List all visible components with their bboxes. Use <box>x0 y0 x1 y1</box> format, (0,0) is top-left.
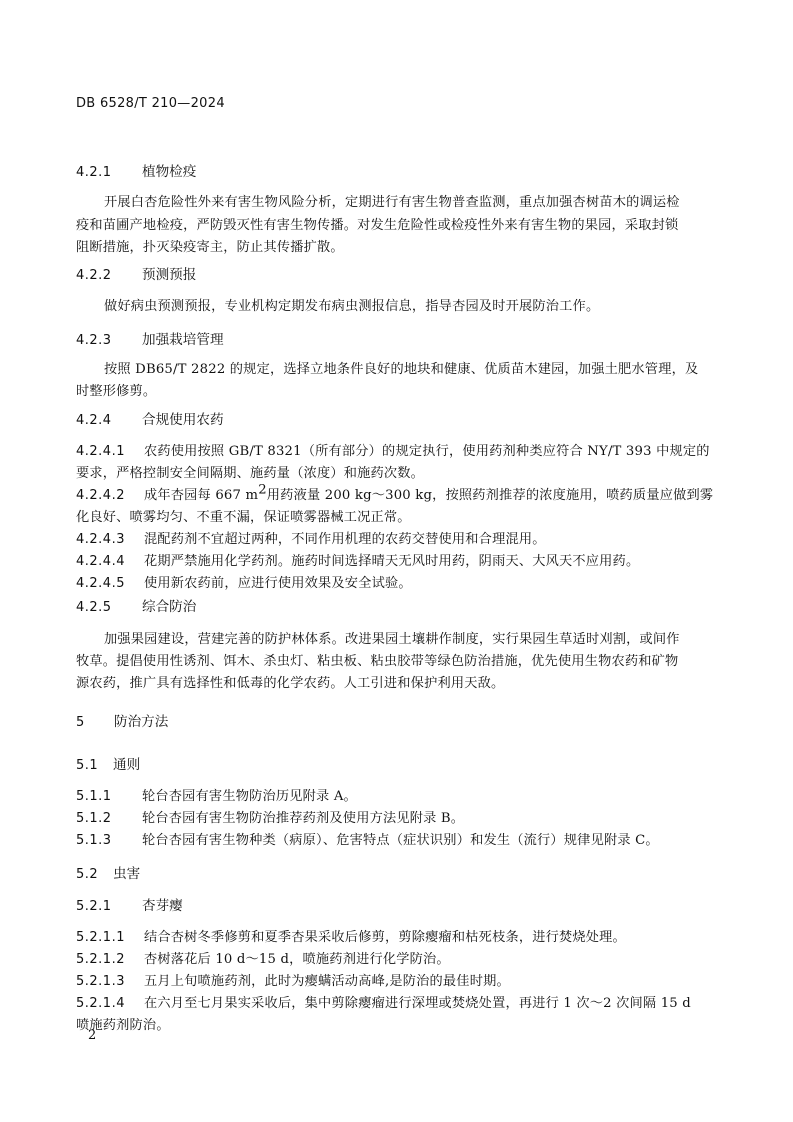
paragraph-line: 时整形修剪。 <box>76 382 716 402</box>
paragraph-line: 化良好、喷雾均匀、不重不漏，保证喷雾器械工况正常。 <box>76 508 716 528</box>
clause-4-2-4-2: 4.2.4.2成年杏园每 667 m2用药液量 200 kg～300 kg，按照… <box>76 486 716 506</box>
clause-5-2-1-3: 5.2.1.3五月上旬喷施药剂，此时为瘿螨活动高峰,是防治的最佳时期。 <box>76 972 716 992</box>
heading-5: 5防治方法 <box>76 712 716 733</box>
paragraph-line: 牧草。提倡使用性诱剂、饵木、杀虫灯、粘虫板、粘虫胶带等绿色防治措施，优先使用生物… <box>76 652 716 672</box>
paragraph-line: 开展白杏危险性外来有害生物风险分析，定期进行有害生物普查监测，重点加强杏树苗木的… <box>104 193 744 213</box>
clause-4-2-4-4: 4.2.4.4花期严禁施用化学药剂。施药时间选择晴天无风时用药，阴雨天、大风天不… <box>76 552 716 572</box>
heading-5-2-1: 5.2.1杏芽瘿 <box>76 896 716 917</box>
clause-5-2-1-2: 5.2.1.2杏树落花后 10 d～15 d，喷施药剂进行化学防治。 <box>76 950 716 970</box>
clause-4-2-4-5: 4.2.4.5使用新农药前，应进行使用效果及安全试验。 <box>76 574 716 594</box>
paragraph-line: 阻断措施，扑灭染疫寄主，防止其传播扩散。 <box>76 238 716 258</box>
document-code-header: DB 6528/T 210—2024 <box>76 94 716 114</box>
clause-5-2-1-1: 5.2.1.1结合杏树冬季修剪和夏季杏果采收后修剪，剪除瘿瘤和枯死枝条，进行焚烧… <box>76 928 716 948</box>
heading-4-2-5: 4.2.5综合防治 <box>76 597 716 618</box>
clause-5-1-1: 5.1.1轮台杏园有害生物防治历见附录 A。 <box>76 787 716 807</box>
paragraph-line: 喷施药剂防治。 <box>76 1016 716 1036</box>
clause-4-2-4-3: 4.2.4.3混配药剂不宜超过两种，不同作用机理的农药交替使用和合理混用。 <box>76 530 716 550</box>
paragraph-line: 加强果园建设，营建完善的防护林体系。改进果园土壤耕作制度，实行果园生草适时刈割，… <box>104 630 744 650</box>
paragraph-line: 疫和苗圃产地检疫，严防毁灭性有害生物传播。对发生危险性或检疫性外来有害生物的果园… <box>76 216 716 236</box>
page-number: 2 <box>88 1028 96 1043</box>
clause-5-2-1-4: 5.2.1.4在六月至七月果实采收后，集中剪除瘿瘤进行深埋或焚烧处置，再进行 1… <box>76 994 716 1014</box>
heading-4-2-1: 4.2.1植物检疫 <box>76 162 716 183</box>
paragraph-line: 按照 DB65/T 2822 的规定，选择立地条件良好的地块和健康、优质苗木建园… <box>104 360 744 380</box>
clause-5-1-3: 5.1.3轮台杏园有害生物种类（病原）、危害特点（症状识别）和发生（流行）规律见… <box>76 831 716 851</box>
heading-5-2: 5.2虫害 <box>76 864 716 885</box>
paragraph-line: 源农药，推广具有选择性和低毒的化学农药。人工引进和保护利用天敌。 <box>76 674 716 694</box>
clause-4-2-4-1: 4.2.4.1农药使用按照 GB/T 8321（所有部分）的规定执行，使用药剂种… <box>76 442 716 462</box>
heading-4-2-2: 4.2.2预测预报 <box>76 265 716 286</box>
heading-4-2-4: 4.2.4合规使用农药 <box>76 410 716 431</box>
clause-5-1-2: 5.1.2轮台杏园有害生物防治推荐药剂及使用方法见附录 B。 <box>76 809 716 829</box>
document-page: DB 6528/T 210—2024 4.2.1植物检疫 开展白杏危险性外来有害… <box>0 0 793 1122</box>
heading-5-1: 5.1通则 <box>76 755 716 776</box>
heading-4-2-3: 4.2.3加强栽培管理 <box>76 330 716 351</box>
paragraph-line: 要求，严格控制安全间隔期、施药量（浓度）和施药次数。 <box>76 464 716 484</box>
paragraph-line: 做好病虫预测预报，专业机构定期发布病虫测报信息，指导杏园及时开展防治工作。 <box>104 297 744 317</box>
